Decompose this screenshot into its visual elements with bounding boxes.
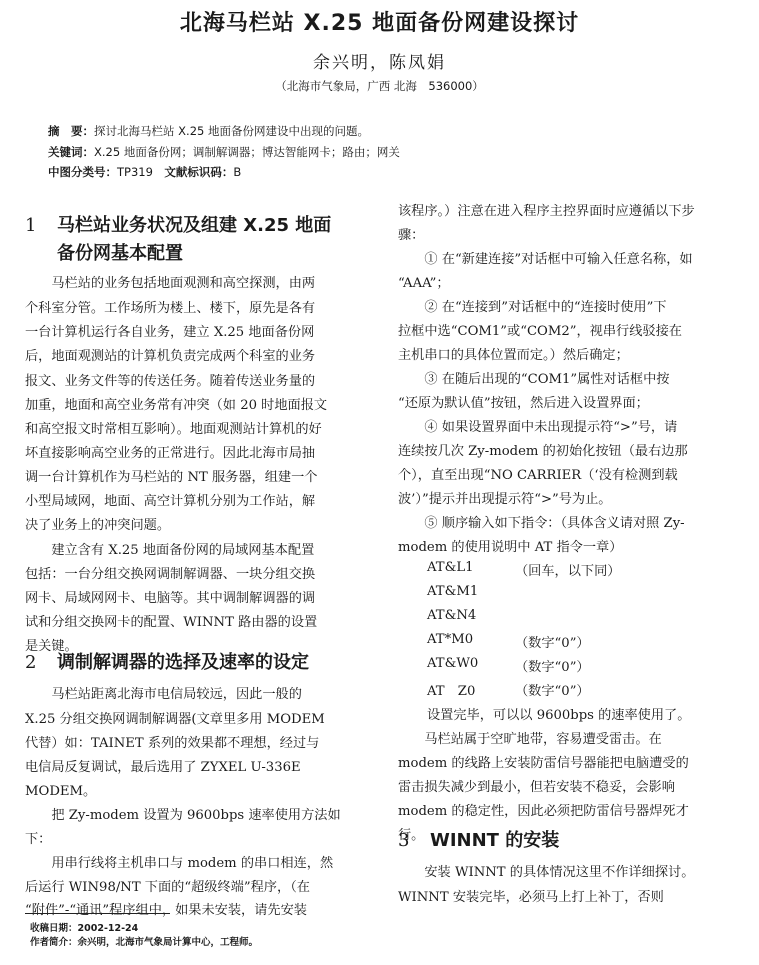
paragraph-line: 一台计算机运行各自业务，建立 X.25 地面备份网 (25, 321, 314, 340)
at-command: AT Z0（数字“0”） (427, 680, 475, 699)
section-1-heading-cont: 备份网基本配置 (57, 239, 183, 265)
at-command-note: （回车，以下同） (515, 560, 621, 579)
paragraph-line: 坏直接影响高空业务的正常进行。因此北海市局抽 (25, 442, 315, 461)
at-command-note: （数字“0”） (515, 680, 590, 699)
paragraph-line: 连续按几次 Zy-modem 的初始化按钮（最右边那 (398, 440, 688, 459)
section-number: 1 (25, 215, 57, 236)
at-command-code: AT Z0 (427, 684, 475, 699)
keywords-label: 关键词： (48, 145, 94, 159)
doc-code-value: B (233, 165, 241, 179)
section-number: 2 (25, 652, 57, 673)
paragraph-line: 设置完毕，可以以 9600bps 的速率使用了。 (427, 704, 690, 723)
paragraph-line: modem 的使用说明中 AT 指令一章） (398, 536, 622, 555)
paragraph-line: ① 在“新建连接”对话框中可输入任意名称，如 (398, 248, 693, 267)
footnote-author-bio: 作者简介：余兴明，北海市气象局计算中心，工程师。 (30, 934, 258, 948)
at-command: AT&W0（数字“0”） (427, 656, 478, 671)
paragraph-line: 下： (25, 828, 51, 847)
paragraph-line: 马栏站属于空旷地带，容易遭受雷击。在 (398, 728, 662, 747)
paragraph-line: WINNT 安装完毕，必须马上打上补丁，否则 (398, 886, 664, 905)
paragraph-line: 和高空报文时常相互影响）。地面观测站计算机的好 (25, 418, 322, 437)
paragraph-line: modem 的线路上安装防雷信号器能把电脑遭受的 (398, 752, 689, 771)
paragraph-line: modem 的稳定性，因此必须把防雷信号器焊死才 (398, 800, 689, 819)
paragraph-line: 主机串口的具体位置而定。）然后确定； (398, 344, 629, 363)
paper-authors: 余兴明，陈凤娟 (0, 48, 759, 73)
section-title: 调制解调器的选择及速率的设定 (57, 652, 309, 673)
abstract: 摘 要：探讨北海马栏站 X.25 地面备份网建设中出现的问题。 (48, 123, 369, 139)
paragraph-line: ④ 如果设置界面中未出现提示符“>”号，请 (398, 416, 677, 435)
paragraph-line: 雷击损失减少到最小，但若安装不稳妥，会影响 (398, 776, 675, 795)
paragraph-line: 后运行 WIN98/NT 下面的“超级终端”程序，（在 (25, 876, 310, 895)
paragraph-line: 网卡、局域网网卡、电脑等。其中调制解调器的调 (25, 587, 315, 606)
paragraph-line: 调一台计算机作为马栏站的 NT 服务器，组建一个 (25, 466, 317, 485)
paragraph-line: 代替）如：TAINET 系列的效果都不理想，经过与 (25, 732, 319, 751)
classification: 中图分类号：TP319 文献标识码：B (48, 164, 241, 180)
at-command: AT&M1 (427, 584, 478, 599)
section-3-heading: 3WINNT 的安装 (398, 826, 559, 852)
paragraph-line: ② 在“连接到”对话框中的“连接时使用”下 (398, 296, 667, 315)
at-command-code: AT&M1 (427, 584, 478, 599)
paragraph-line: 骤： (398, 224, 424, 243)
clc-value: TP319 (117, 165, 153, 179)
paragraph-line: 决了业务上的冲突问题。 (25, 514, 170, 533)
section-title: 马栏站业务状况及组建 X.25 地面 (57, 215, 331, 236)
paragraph-line: 个科室分管。工作场所为楼上、楼下，原先是各有 (25, 297, 315, 316)
paragraph-line: 建立含有 X.25 地面备份网的局域网基本配置 (25, 539, 314, 558)
paragraph-line: 安装 WINNT 的具体情况这里不作详细探讨。 (398, 861, 694, 880)
paragraph-line: ⑤ 顺序输入如下指令：（具体含义请对照 Zy- (398, 512, 685, 531)
paragraph-line: 报文、业务文件等的传送任务。随着传送业务量的 (25, 370, 315, 389)
paragraph-line: “附件”-“通讯”程序组中，如果未安装，请先安装 (25, 899, 307, 918)
paragraph-line: 把 Zy-modem 设置为 9600bps 速率使用方法如 (25, 804, 341, 823)
abstract-text: 探讨北海马栏站 X.25 地面备份网建设中出现的问题。 (94, 124, 369, 138)
paragraph-line: “还原为默认值”按钮，然后进入设置界面； (398, 392, 649, 411)
paragraph-line: 波’）”提示并出现提示符“>”号为止。 (398, 488, 612, 507)
keywords-text: X.25 地面备份网；调制解调器；博达智能网卡；路由；网关 (94, 145, 400, 159)
at-command-code: AT&W0 (427, 656, 478, 671)
paper-title: 北海马栏站 X.25 地面备份网建设探讨 (0, 6, 759, 37)
at-command: AT&N4 (427, 608, 476, 623)
at-command-code: AT&L1 (427, 560, 473, 575)
paper-affiliation: （北海市气象局，广西 北海 536000） (0, 78, 759, 94)
paragraph-line: 后，地面观测站的计算机负责完成两个科室的业务 (25, 345, 315, 364)
paragraph-line: 加重，地面和高空业务常有冲突（如 20 时地面报文 (25, 394, 327, 413)
at-command-note: （数字“0”） (515, 632, 590, 651)
section-1-heading: 1马栏站业务状况及组建 X.25 地面 (25, 211, 331, 237)
paragraph-line: 包括：一台分组交换网调制解调器、一块分组交换 (25, 563, 315, 582)
at-command: AT&L1（回车，以下同） (427, 560, 473, 575)
at-command-note: （数字“0”） (515, 656, 590, 675)
clc-label: 中图分类号： (48, 165, 117, 179)
doc-code-label: 文献标识码： (164, 165, 233, 179)
paragraph-line: 拉框中选“COM1”或“COM2”，视串行线驳接在 (398, 320, 682, 339)
paragraph-line: “AAA”； (398, 272, 450, 291)
paragraph-line: 个），直至出现“NO CARRIER（‘没有检测到载 (398, 464, 678, 483)
section-title: WINNT 的安装 (430, 830, 559, 851)
paragraph-line: MODEM。 (25, 780, 96, 799)
paragraph-line: 马栏站的业务包括地面观测和高空探测，由两 (25, 272, 315, 291)
paragraph-line: 小型局域网，地面、高空计算机分别为工作站，解 (25, 490, 315, 509)
at-command-code: AT&N4 (427, 608, 476, 623)
paragraph-line: 试和分组交换网卡的配置、WINNT 路由器的设置 (25, 611, 317, 630)
section-number: 3 (398, 830, 430, 851)
paragraph-line: 该程序。）注意在进入程序主控界面时应遵循以下步 (398, 200, 695, 219)
footnote-received-date: 收稿日期：2002-12-24 (30, 920, 138, 934)
footnote-divider (25, 913, 170, 914)
paragraph-line: ③ 在随后出现的“COM1”属性对话框中按 (398, 368, 669, 387)
at-command-code: AT*M0 (427, 632, 473, 647)
keywords: 关键词：X.25 地面备份网；调制解调器；博达智能网卡；路由；网关 (48, 144, 400, 160)
at-command: AT*M0（数字“0”） (427, 632, 473, 647)
paragraph-line: X.25 分组交换网调制解调器(文章里多用 MODEM (25, 708, 325, 727)
paragraph-line: 马栏站距离北海市电信局较远，因此一般的 (25, 683, 302, 702)
abstract-label: 摘 要： (48, 124, 94, 138)
section-2-heading: 2调制解调器的选择及速率的设定 (25, 648, 309, 674)
paragraph-line: 电信局反复调试，最后选用了 ZYXEL U-336E (25, 756, 301, 775)
paragraph-line: 用串行线将主机串口与 modem 的串口相连，然 (25, 852, 333, 871)
